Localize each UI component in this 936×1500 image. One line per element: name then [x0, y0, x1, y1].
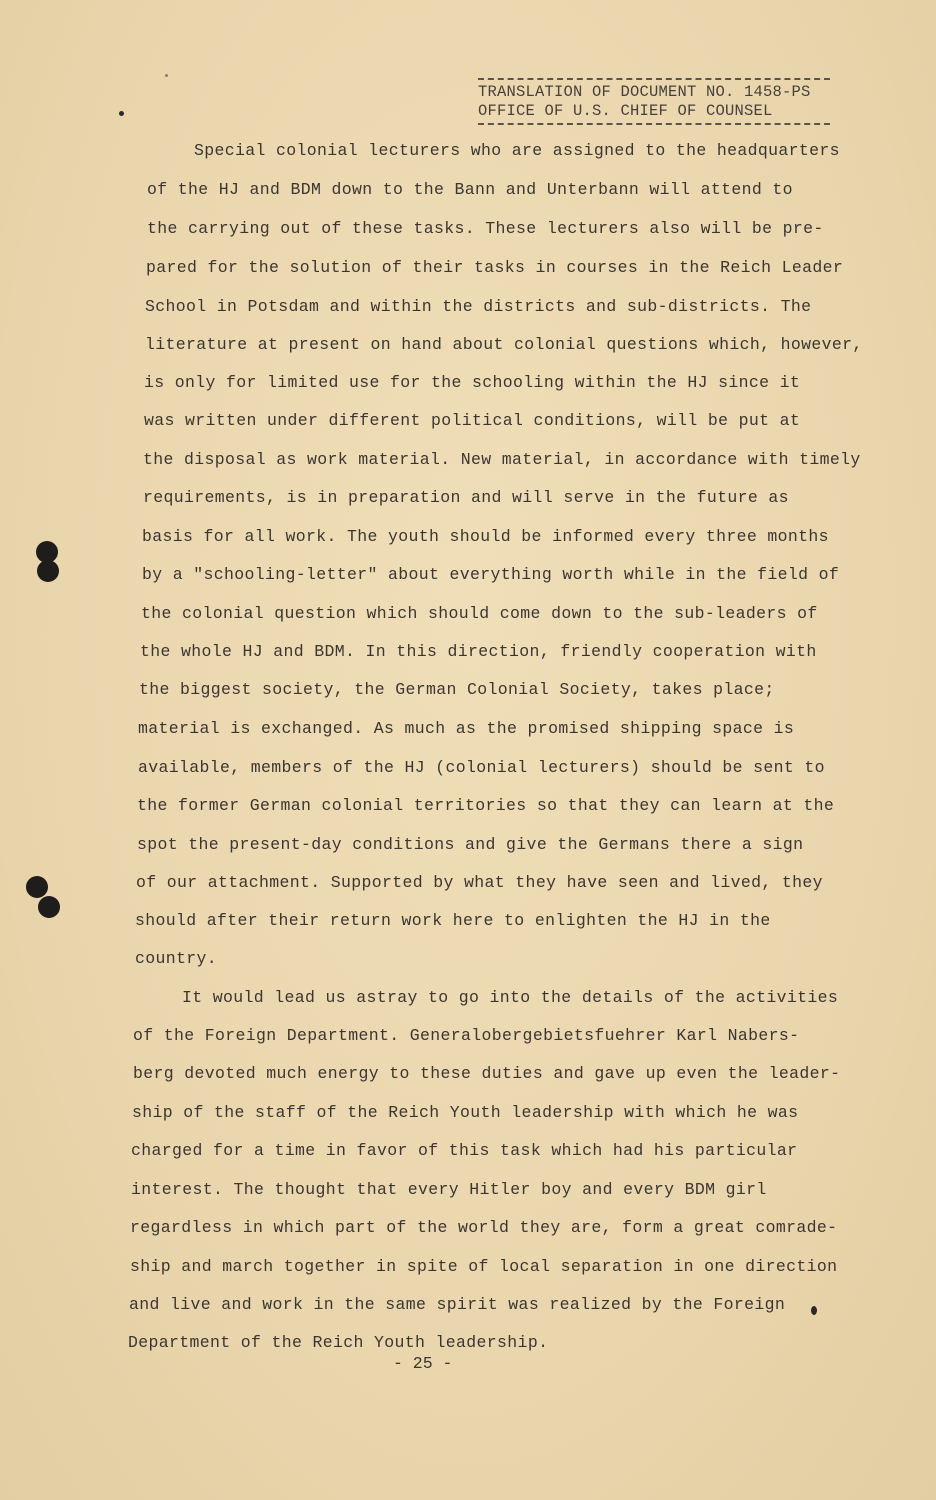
body-line-5: School in Potsdam and within the distric…: [145, 297, 811, 316]
header-translation-title: TRANSLATION OF DOCUMENT NO. 1458-PS: [478, 83, 830, 102]
body-line-14: the whole HJ and BDM. In this direction,…: [140, 642, 817, 661]
ink-speck: [811, 1306, 817, 1315]
body-line-20: of our attachment. Supported by what the…: [136, 873, 823, 892]
body-line-24: of the Foreign Department. Generaloberge…: [133, 1026, 799, 1045]
body-line-9: the disposal as work material. New mater…: [143, 450, 861, 469]
body-line-10: requirements, is in preparation and will…: [143, 488, 789, 507]
body-line-30: ship and march together in spite of loca…: [130, 1257, 837, 1276]
punch-hole-icon: [38, 896, 60, 918]
body-line-17: available, members of the HJ (colonial l…: [138, 758, 825, 777]
body-line-23: It would lead us astray to go into the d…: [182, 988, 838, 1007]
ink-speck: [165, 74, 168, 77]
body-line-26: ship of the staff of the Reich Youth lea…: [132, 1103, 798, 1122]
body-line-7: is only for limited use for the schoolin…: [144, 373, 800, 392]
header-office: OFFICE OF U.S. CHIEF OF COUNSEL: [478, 102, 830, 125]
body-line-11: basis for all work. The youth should be …: [142, 527, 829, 546]
body-line-4: pared for the solution of their tasks in…: [146, 258, 843, 277]
ink-speck: [119, 111, 124, 116]
body-line-12: by a "schooling-letter" about everything…: [142, 565, 839, 584]
body-line-29: regardless in which part of the world th…: [130, 1218, 837, 1237]
body-line-13: the colonial question which should come …: [141, 604, 818, 623]
body-line-1: Special colonial lecturers who are assig…: [194, 141, 840, 160]
body-line-8: was written under different political co…: [144, 411, 800, 430]
body-line-15: the biggest society, the German Colonial…: [139, 680, 775, 699]
body-line-31: and live and work in the same spirit was…: [129, 1295, 785, 1314]
body-line-27: charged for a time in favor of this task…: [131, 1141, 797, 1160]
body-line-32: Department of the Reich Youth leadership…: [128, 1333, 548, 1352]
punch-hole-icon: [37, 560, 59, 582]
page-number: - 25 -: [393, 1354, 452, 1373]
body-line-3: the carrying out of these tasks. These l…: [147, 219, 824, 238]
punch-hole-icon: [26, 876, 48, 898]
body-line-18: the former German colonial territories s…: [137, 796, 834, 815]
body-line-21: should after their return work here to e…: [135, 911, 771, 930]
body-line-6: literature at present on hand about colo…: [145, 335, 863, 354]
body-line-28: interest. The thought that every Hitler …: [131, 1180, 767, 1199]
document-header: TRANSLATION OF DOCUMENT NO. 1458-PS OFFI…: [478, 78, 830, 125]
body-line-16: material is exchanged. As much as the pr…: [138, 719, 794, 738]
body-line-2: of the HJ and BDM down to the Bann and U…: [147, 180, 793, 199]
body-line-22: country.: [135, 949, 217, 968]
body-line-19: spot the present-day conditions and give…: [137, 835, 803, 854]
body-line-25: berg devoted much energy to these duties…: [133, 1064, 840, 1083]
